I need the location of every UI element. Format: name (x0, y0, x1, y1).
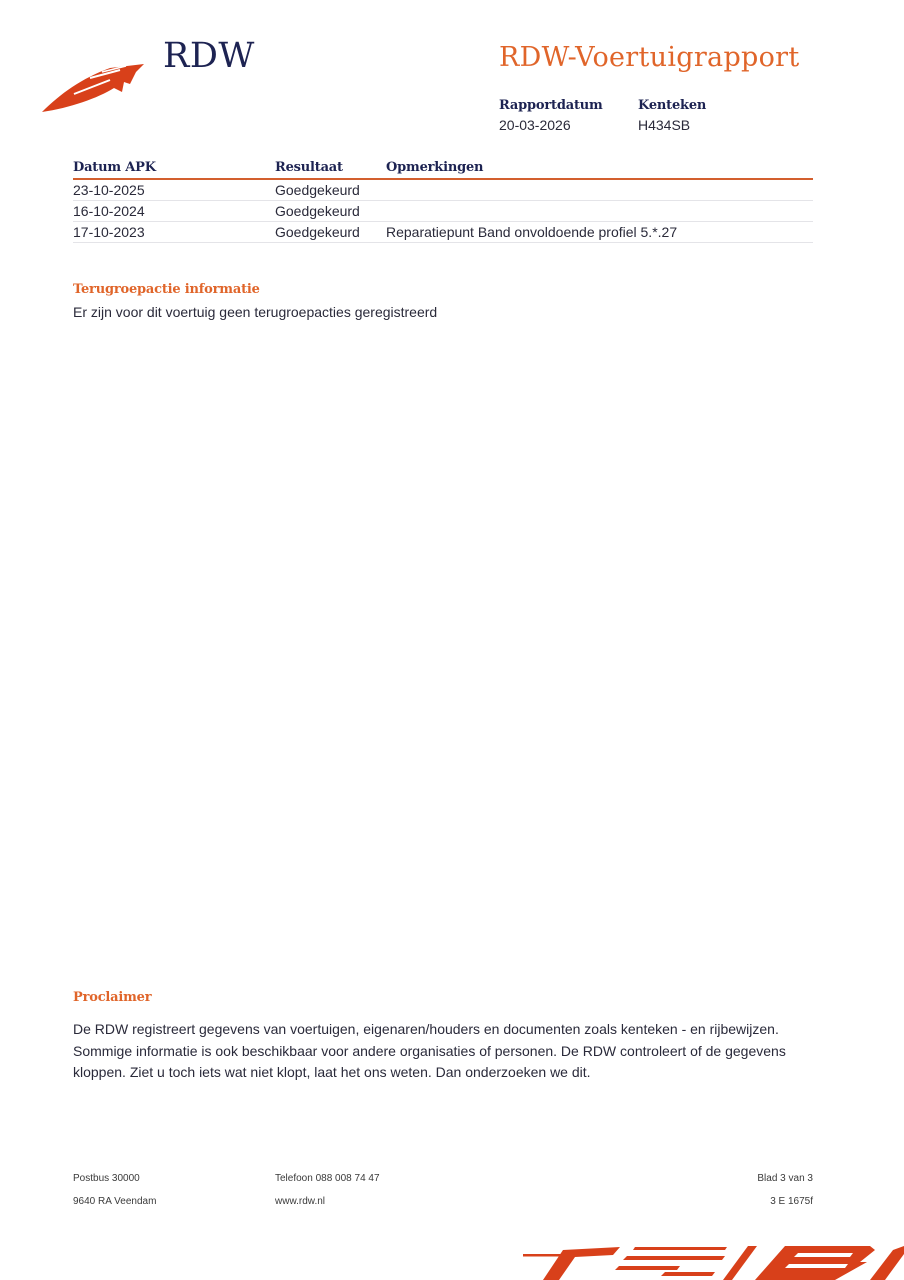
license-plate-label: Kenteken (638, 98, 706, 113)
apk-date: 23-10-2025 (73, 179, 275, 201)
report-date-value: 20-03-2026 (499, 117, 603, 133)
proclaimer-text: De RDW registreert gegevens van voertuig… (73, 1019, 793, 1084)
apk-remarks (386, 179, 813, 201)
feather-logo-icon (40, 58, 148, 114)
rdw-logo: RDW (40, 36, 260, 116)
brand-name: RDW (163, 36, 255, 76)
column-header-remarks: Opmerkingen (386, 160, 813, 179)
decorative-stripes-icon (515, 1240, 904, 1280)
footer-website[interactable]: www.rdw.nl (275, 1196, 325, 1207)
table-row: 17-10-2023 Goedgekeurd Reparatiepunt Ban… (73, 222, 813, 243)
footer-address-line2: 9640 RA Veendam (73, 1196, 156, 1207)
license-plate-value: H434SB (638, 117, 706, 133)
footer-address-line1: Postbus 30000 (73, 1173, 140, 1184)
apk-result: Goedgekeurd (275, 222, 386, 243)
proclaimer-heading: Proclaimer (73, 990, 151, 1005)
license-plate: Kenteken H434SB (638, 98, 706, 133)
apk-remarks (386, 201, 813, 222)
table-header-row: Datum APK Resultaat Opmerkingen (73, 160, 813, 179)
apk-date: 16-10-2024 (73, 201, 275, 222)
apk-result: Goedgekeurd (275, 201, 386, 222)
column-header-result: Resultaat (275, 160, 386, 179)
report-date: Rapportdatum 20-03-2026 (499, 98, 603, 133)
apk-history-table: Datum APK Resultaat Opmerkingen 23-10-20… (73, 160, 813, 243)
footer-phone: Telefoon 088 008 74 47 (275, 1173, 380, 1184)
report-title: RDW-Voertuigrapport (499, 42, 800, 73)
recall-heading: Terugroepactie informatie (73, 282, 260, 297)
column-header-date: Datum APK (73, 160, 275, 179)
report-date-label: Rapportdatum (499, 98, 603, 113)
document-code: 3 E 1675f (770, 1196, 813, 1207)
apk-result: Goedgekeurd (275, 179, 386, 201)
apk-date: 17-10-2023 (73, 222, 275, 243)
apk-remarks: Reparatiepunt Band onvoldoende profiel 5… (386, 222, 813, 243)
table-row: 16-10-2024 Goedgekeurd (73, 201, 813, 222)
recall-text: Er zijn voor dit voertuig geen terugroep… (73, 304, 437, 320)
table-row: 23-10-2025 Goedgekeurd (73, 179, 813, 201)
page-number: Blad 3 van 3 (757, 1173, 813, 1184)
